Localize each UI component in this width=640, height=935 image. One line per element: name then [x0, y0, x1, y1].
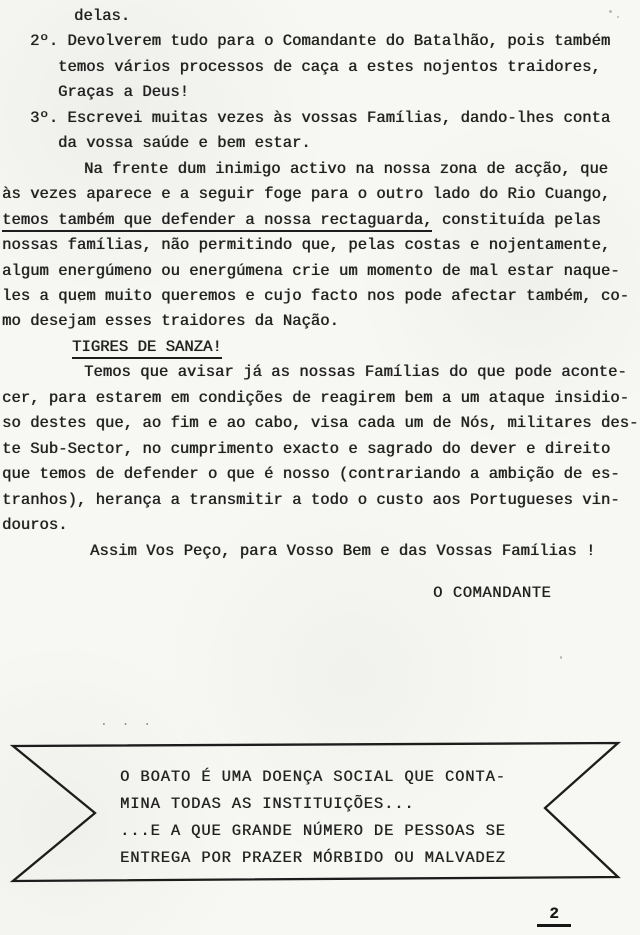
text-line: às vezes aparece e a seguir foge para o …	[0, 182, 640, 207]
text-segment: 3º. Escrevei muitas vezes às vossas Famí…	[30, 109, 610, 127]
text-line: algum energúmeno ou energúmena crie um m…	[0, 259, 640, 284]
text-line: 3º. Escrevei muitas vezes às vossas Famí…	[0, 106, 640, 131]
text-segment: les a quem muito queremos e cujo facto n…	[2, 287, 629, 305]
text-segment: te Sub-Sector, no cumprimento exacto e s…	[2, 440, 610, 458]
text-segment: algum energúmeno ou energúmena crie um m…	[2, 262, 620, 280]
underlined-text-segment: temos também que defender a nossa rectag…	[2, 211, 432, 232]
banner-line: ...E A QUE GRANDE NÚMERO DE PESSOAS SE	[120, 818, 506, 845]
text-line: Na frente dum inimigo activo na nossa zo…	[0, 157, 640, 182]
text-segment: mo desejam esses traidores da Nação.	[2, 312, 339, 330]
signature-line: O COMANDANTE	[433, 584, 551, 602]
text-segment: so destes que, ao fim e ao cabo, visa ca…	[2, 414, 638, 432]
text-segment: delas.	[74, 7, 130, 25]
text-line: les a quem muito queremos e cujo facto n…	[0, 284, 640, 309]
text-segment: Na frente dum inimigo activo na nossa zo…	[84, 160, 608, 178]
text-line: 2º. Devolverem tudo para o Comandante do…	[0, 29, 640, 54]
text-line: TIGRES DE SANZA!	[0, 335, 640, 360]
text-segment: da vossa saúde e bem estar.	[58, 134, 311, 152]
scan-artifact-dots: . . .	[100, 714, 154, 729]
banner-line: ENTREGA POR PRAZER MÓRBIDO OU MALVADEZ	[120, 845, 506, 872]
text-segment: nossas famílias, não permitindo que, pel…	[2, 236, 610, 254]
text-segment: constituída pelas	[432, 211, 600, 229]
text-segment: que temos de defender o que é nosso (con…	[2, 465, 620, 483]
text-line: Temos que avisar já as nossas Famílias d…	[0, 360, 640, 385]
text-line: delas.	[0, 4, 640, 29]
text-segment: 2º. Devolverem tudo para o Comandante do…	[30, 32, 610, 50]
text-line: Assim Vos Peço, para Vosso Bem e das Vos…	[0, 539, 640, 564]
text-segment: às vezes aparece e a seguir foge para o …	[2, 185, 610, 203]
scan-speck	[609, 10, 612, 13]
text-segment: Temos que avisar já as nossas Famílias d…	[84, 363, 627, 381]
text-line: tranhos), herança a transmitir a todo o …	[0, 488, 640, 513]
text-line: mo desejam esses traidores da Nação.	[0, 309, 640, 334]
text-line: nossas famílias, não permitindo que, pel…	[0, 233, 640, 258]
text-line: que temos de defender o que é nosso (con…	[0, 462, 640, 487]
underlined-text-segment: TIGRES DE SANZA!	[72, 338, 222, 359]
banner-line: MINA TODAS AS INSTITUIÇÕES...	[120, 791, 506, 818]
text-line: Graças a Deus!	[0, 80, 640, 105]
scan-speck	[560, 656, 562, 659]
text-segment: Assim Vos Peço, para Vosso Bem e das Vos…	[90, 542, 595, 560]
page-number: 2	[537, 905, 571, 927]
text-line: da vossa saúde e bem estar.	[0, 131, 640, 156]
text-segment: Graças a Deus!	[58, 83, 189, 101]
text-segment: douros.	[2, 516, 68, 534]
text-segment: cer, para estarem em condições de reagir…	[2, 389, 629, 407]
text-line: temos também que defender a nossa rectag…	[0, 208, 640, 233]
text-line: te Sub-Sector, no cumprimento exacto e s…	[0, 437, 640, 462]
text-line: so destes que, ao fim e ao cabo, visa ca…	[0, 411, 640, 436]
text-segment: temos vários processos de caça a estes n…	[58, 58, 601, 76]
text-line: cer, para estarem em condições de reagir…	[0, 386, 640, 411]
scan-speck	[79, 300, 81, 302]
text-line: douros.	[0, 513, 640, 538]
text-line: temos vários processos de caça a estes n…	[0, 55, 640, 80]
banner-line: O BOATO É UMA DOENÇA SOCIAL QUE CONTA-	[120, 764, 506, 791]
text-segment: tranhos), herança a transmitir a todo o …	[2, 491, 620, 509]
document-body: delas.2º. Devolverem tudo para o Comanda…	[0, 0, 640, 564]
banner-text-block: O BOATO É UMA DOENÇA SOCIAL QUE CONTA-MI…	[120, 764, 506, 872]
scan-speck	[617, 16, 619, 18]
